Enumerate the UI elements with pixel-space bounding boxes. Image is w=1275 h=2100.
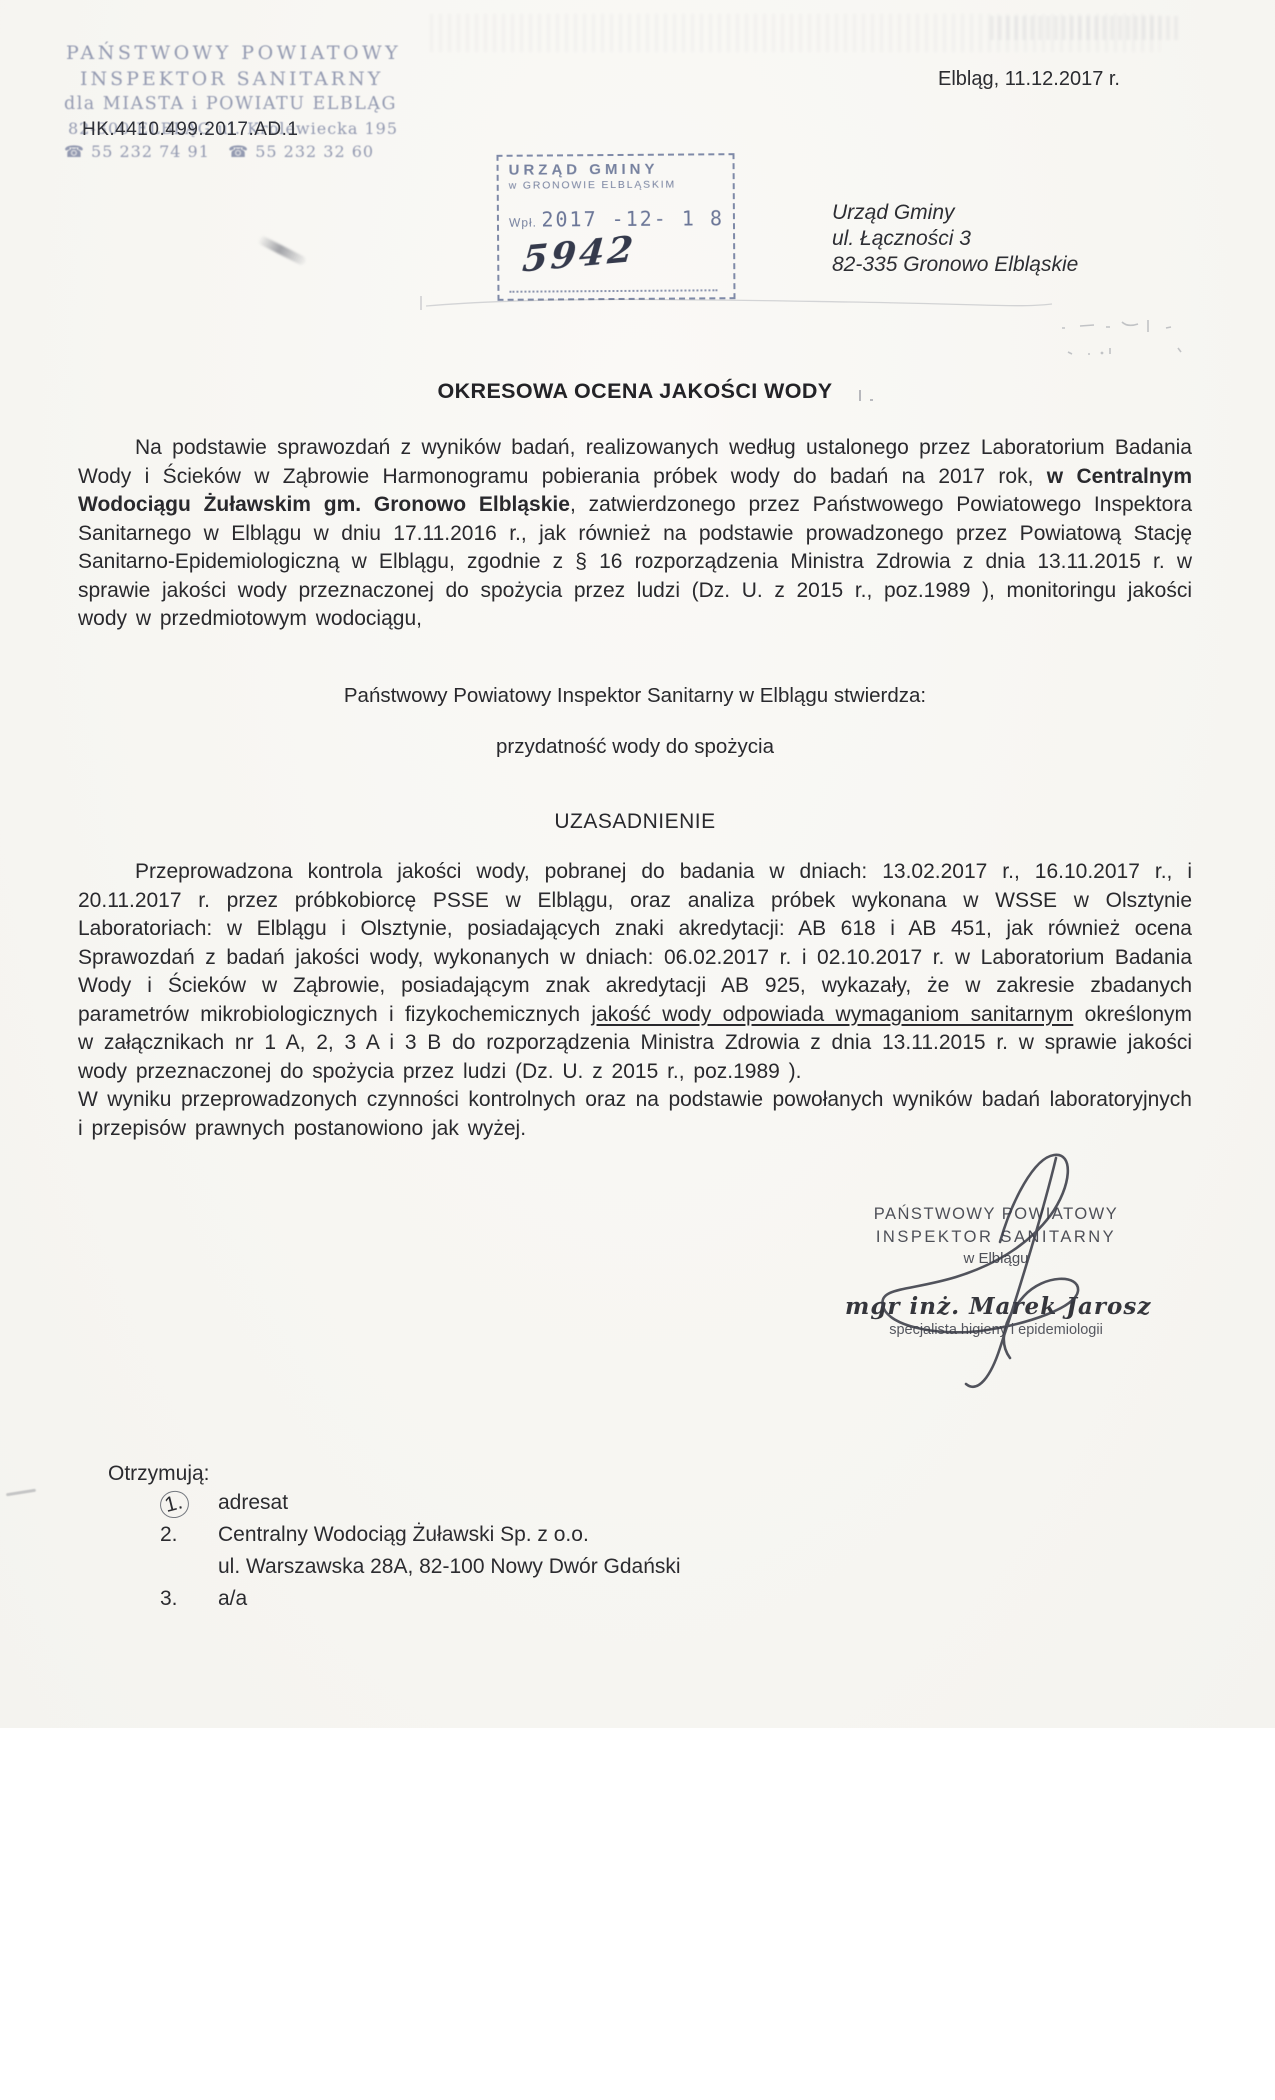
scan-streak-artifact-right [990,16,1180,40]
scanned-document-page: PAŃSTWOWY POWIATOWY INSPEKTOR SANITARNY … [0,0,1275,2100]
signer-name: mgr inż. Marek Jarosz [845,1293,1147,1320]
recipient-street: ul. Łączności 3 [832,226,1078,252]
distribution-item-3: 3. a/a [108,1587,210,1614]
place-and-date: Elbląg, 11.12.2017 r. [938,68,1120,91]
verdict-line: przydatność wody do spożycia [78,735,1192,759]
receipt-date-row: Wpł. 2017 -12- 1 8 [509,206,725,232]
receipt-stamp-box: URZĄD GMINY w GRONOWIE ELBLĄSKIM Wpł. 20… [496,153,735,301]
phone-number-1: 55 232 74 91 [91,142,210,161]
distribution-item-2-address: ul. Warszawska 28A, 82-100 Nowy Dwór Gda… [108,1555,210,1582]
signature-block: PAŃSTWOWY POWIATOWY INSPEKTOR SANITARNY … [845,1205,1147,1338]
inspector-statement-line: Państwowy Powiatowy Inspektor Sanitarny … [78,684,1192,708]
distribution-item-2: 2. Centralny Wodociąg Żuławski Sp. z o.o… [108,1523,210,1550]
distribution-item-2-text: Centralny Wodociąg Żuławski Sp. z o.o. [218,1523,589,1547]
distribution-item-1: 1. adresat [108,1491,210,1518]
distribution-list: Otrzymują: 1. adresat 2. Centralny Wodoc… [108,1462,210,1614]
distribution-item-2-address-text: ul. Warszawska 28A, 82-100 Nowy Dwór Gda… [218,1555,681,1579]
circled-item-number: 1. [157,1488,191,1521]
recipient-name: Urząd Gminy [832,200,1078,226]
para1-text: Na podstawie sprawozdań z wyników badań,… [78,436,1192,488]
document-title: OKRESOWA OCENA JAKOŚCI WODY [78,379,1192,404]
signer-role: specjalista higieny i epidemiologii [845,1322,1147,1338]
phone-number-2: 55 232 32 60 [255,142,374,161]
opening-paragraph: Na podstawie sprawozdań z wyników badań,… [78,434,1192,634]
letterhead-line3: dla MIASTA i POWIATU ELBLĄG [64,94,397,114]
scan-line-artifact [420,292,1060,318]
reference-number: HK.4410.499.2017.AD.1 [82,119,299,141]
distribution-item-3-text: a/a [218,1587,247,1611]
margin-mark-artifact [6,1489,36,1497]
signature-stamp-line1: PAŃSTWOWY POWIATOWY [845,1205,1147,1224]
receipt-office-location: w GRONOWIE ELBLĄSKIM [509,178,725,192]
item-number: 2. [160,1523,178,1547]
letterhead-line2: INSPEKTOR SANITARNY [80,68,383,90]
letterhead-phone-line: ☎ 55 232 74 91 ☎ 55 232 32 60 [64,142,374,161]
scan-marks-artifact [1058,318,1208,366]
justification-heading: UZASADNIENIE [78,810,1192,834]
distribution-heading: Otrzymują: [108,1462,210,1486]
para2-quality-underlined: jakość wody odpowiada wymaganiom sanitar… [591,1003,1073,1026]
distribution-item-1-text: adresat [218,1491,288,1515]
letterhead-line1: PAŃSTWOWY POWIATOWY [66,42,401,64]
receipt-received-label: Wpł. [509,216,537,230]
justification-paragraphs: Przeprowadzona kontrola jakości wody, po… [78,858,1192,1143]
ink-smudge-artifact [257,235,307,267]
receipt-entry-number-handwritten: 5942 [521,228,638,280]
signature-stamp-line3: w Elblągu [845,1250,1147,1267]
closing-paragraph: W wyniku przeprowadzonych czynności kont… [78,1086,1192,1143]
para2-text: Przeprowadzona kontrola jakości wody, po… [78,860,1192,1026]
recipient-city: 82-335 Gronowo Elbląskie [832,252,1078,278]
signature-stamp-line2: INSPEKTOR SANITARNY [845,1228,1147,1247]
receipt-office-name: URZĄD GMINY [509,160,725,179]
paper-scan-area: PAŃSTWOWY POWIATOWY INSPEKTOR SANITARNY … [0,0,1275,1728]
recipient-address: Urząd Gminy ul. Łączności 3 82-335 Grono… [832,200,1078,278]
fax-icon: ☎ [228,142,249,161]
item-number: 3. [160,1587,178,1611]
phone-icon: ☎ [64,142,85,161]
